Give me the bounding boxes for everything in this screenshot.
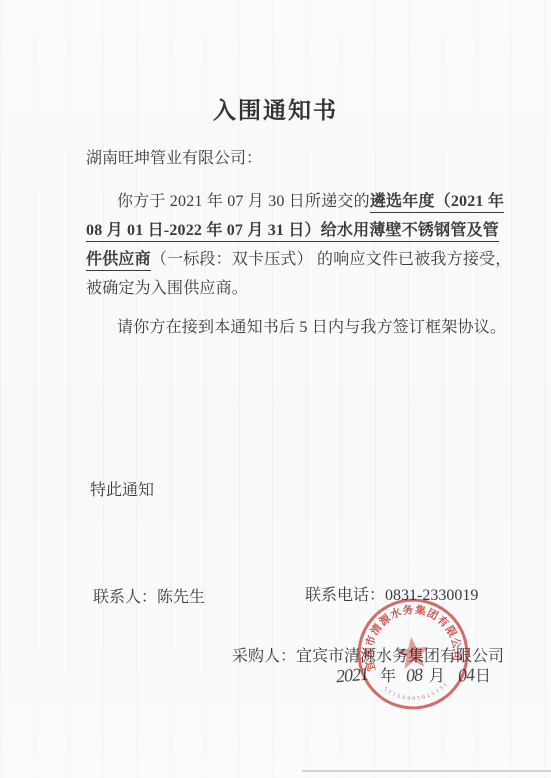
contact-person-label: 联系人： — [93, 589, 157, 606]
contact-person: 联系人：陈先生 — [93, 584, 205, 607]
body-text-segment: 被确定为入围供应商。 — [86, 280, 248, 297]
highlighted-segment: 遴选年度（2021 年 — [370, 193, 504, 213]
document-page: 入围通知书 湖南旺坤管业有限公司： 你方于 2021 年 07 月 30 日所递… — [0, 0, 551, 778]
date-day-unit: 日 — [475, 668, 491, 685]
closing-note: 特此通知 — [90, 477, 154, 500]
highlighted-segment: 件供应商 — [86, 251, 151, 271]
body-line: 你方于 2021 年 07 月 30 日所递交的遴选年度（2021 年 — [117, 188, 504, 211]
body-text-segment: （一标段：双卡压式） 的响应文件已被我方接受， — [151, 251, 512, 268]
body-text-segment: 请你方在接到本通知书后 5 日内与我方签订框架协议。 — [117, 319, 506, 336]
handwritten-day: 04 — [457, 664, 475, 686]
body-text-segment: 你方于 2021 年 07 月 30 日所递交的 — [117, 193, 370, 210]
document-title: 入围通知书 — [0, 92, 551, 125]
purchaser-label: 采购人： — [232, 648, 296, 665]
handwritten-month: 08 — [405, 664, 423, 686]
handwritten-year: 2021 — [335, 664, 369, 688]
contact-phone-value: 0831-2330019 — [385, 587, 478, 604]
highlighted-segment: 08 月 01 日-2022 年 07 月 31 日）给水用薄壁不锈钢管及管 — [86, 222, 499, 242]
date-year-unit: 年 — [380, 668, 396, 685]
addressee: 湖南旺坤管业有限公司： — [86, 145, 262, 168]
contact-phone-label: 联系电话： — [305, 587, 385, 604]
body-line: 08 月 01 日-2022 年 07 月 31 日）给水用薄壁不锈钢管及管 — [86, 217, 499, 240]
body-line: 请你方在接到本通知书后 5 日内与我方签订框架协议。 — [117, 314, 506, 337]
body-line: 被确定为入围供应商。 — [86, 275, 248, 298]
contact-person-value: 陈先生 — [157, 589, 205, 606]
body-line: 件供应商（一标段：双卡压式） 的响应文件已被我方接受， — [86, 246, 511, 269]
date-line: 2021年08月04日 — [336, 663, 491, 686]
scan-artifact-line — [302, 770, 551, 772]
contact-phone: 联系电话：0831-2330019 — [305, 582, 478, 605]
date-month-unit: 月 — [429, 668, 445, 685]
